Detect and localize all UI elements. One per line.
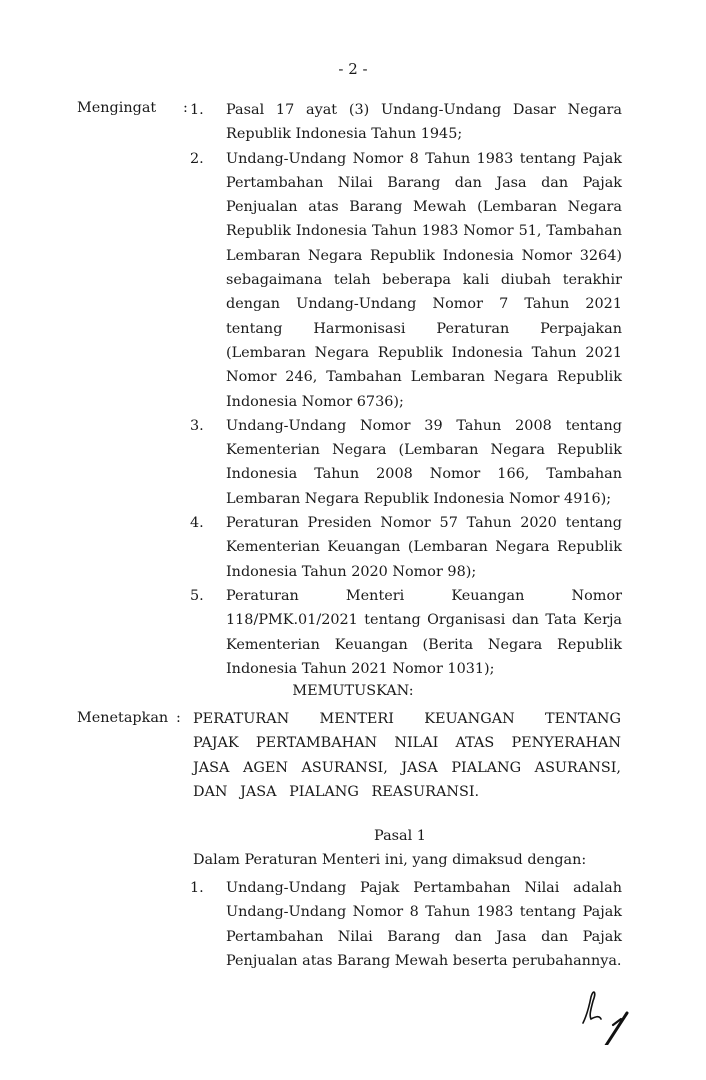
item-text: Peraturan Menteri Keuangan Nomor 118/PMK… [226, 584, 622, 681]
mengingat-item-5: 5. Peraturan Menteri Keuangan Nomor 118/… [190, 584, 622, 681]
menetapkan-text: PERATURAN MENTERI KEUANGAN TENTANG PAJAK… [193, 707, 621, 804]
menetapkan-colon: : [176, 710, 181, 726]
signature-icon [575, 985, 645, 1045]
item-text: Pasal 17 ayat (3) Undang-Undang Dasar Ne… [226, 98, 622, 147]
item-number: 2. [190, 147, 204, 171]
mengingat-label: Mengingat [77, 100, 156, 116]
menetapkan-label: Menetapkan [77, 710, 168, 726]
item-text: Peraturan Presiden Nomor 57 Tahun 2020 t… [226, 511, 622, 584]
mengingat-colon: : [183, 100, 188, 116]
item-text: Undang-Undang Nomor 39 Tahun 2008 tentan… [226, 414, 622, 511]
pasal-item-1: 1. Undang-Undang Pajak Pertambahan Nilai… [190, 876, 622, 973]
mengingat-item-2: 2. Undang-Undang Nomor 8 Tahun 1983 tent… [190, 147, 622, 414]
mengingat-item-4: 4. Peraturan Presiden Nomor 57 Tahun 202… [190, 511, 622, 584]
pasal-list: 1. Undang-Undang Pajak Pertambahan Nilai… [190, 876, 622, 973]
mengingat-list: 1. Pasal 17 ayat (3) Undang-Undang Dasar… [190, 98, 622, 681]
pasal-intro: Dalam Peraturan Menteri ini, yang dimaks… [193, 852, 586, 868]
item-text: Undang-Undang Pajak Pertambahan Nilai ad… [226, 876, 622, 973]
mengingat-item-3: 3. Undang-Undang Nomor 39 Tahun 2008 ten… [190, 414, 622, 511]
item-number: 5. [190, 584, 204, 608]
pasal-title: Pasal 1 [47, 828, 706, 844]
page-number: - 2 - [0, 60, 706, 78]
item-number: 3. [190, 414, 204, 438]
item-number: 1. [190, 98, 204, 122]
item-text: Undang-Undang Nomor 8 Tahun 1983 tentang… [226, 147, 622, 414]
memutuskan-heading: MEMUTUSKAN: [0, 683, 706, 699]
item-number: 1. [190, 876, 204, 900]
item-number: 4. [190, 511, 204, 535]
mengingat-item-1: 1. Pasal 17 ayat (3) Undang-Undang Dasar… [190, 98, 622, 147]
signature-initials [575, 985, 645, 1049]
